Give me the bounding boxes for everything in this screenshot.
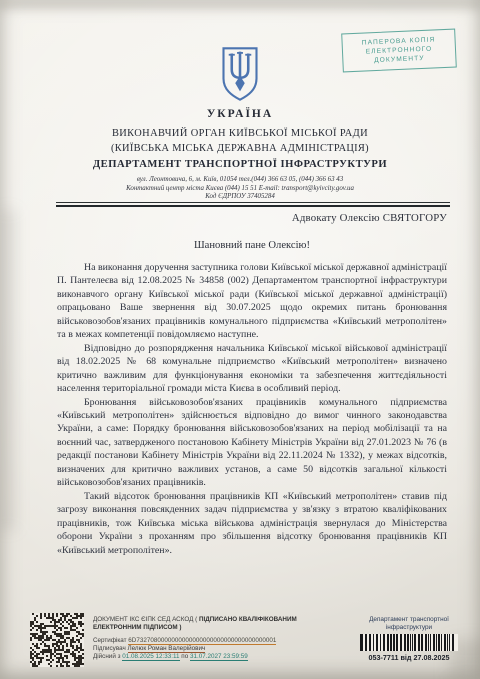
barcode-bar bbox=[447, 634, 448, 651]
validity-mid-label: по bbox=[180, 653, 190, 660]
barcode-bar bbox=[383, 634, 385, 651]
barcode-bar bbox=[360, 634, 363, 651]
registration-department-line1: Департамент транспортної bbox=[356, 616, 462, 624]
barcode-bar bbox=[421, 634, 423, 651]
scan-artifact-left bbox=[0, 210, 16, 530]
barcode-bar bbox=[428, 634, 429, 651]
barcode bbox=[360, 634, 458, 651]
signature-system-line: ДОКУМЕНТ ІКС ЄІПК СЕД АСКОД ( ПІДПИСАНО … bbox=[93, 616, 333, 632]
registration-number: 053-7711 від 27.08.2025 bbox=[356, 653, 462, 662]
barcode-bar bbox=[430, 634, 431, 651]
barcode-bar bbox=[425, 634, 427, 651]
doc-system-suffix: ) bbox=[178, 624, 182, 631]
department-name: ДЕПАРТАМЕНТ ТРАНСПОРТНОЇ ІНФРАСТРУКТУРИ bbox=[0, 159, 480, 170]
letter-paragraph: Відповідно до розпорядження начальника К… bbox=[57, 342, 447, 396]
validity-label: Дійсний з bbox=[93, 653, 122, 660]
valid-from-date: 01.08.2025 12:33:11 bbox=[122, 653, 179, 661]
barcode-bar bbox=[452, 634, 454, 651]
barcode-bar bbox=[393, 634, 395, 651]
org-name-line1: ВИКОНАВЧИЙ ОРГАН КИЇВСЬКОЇ МІСЬКОЇ РАДИ bbox=[0, 128, 480, 139]
org-name-line2: (КИЇВСЬКА МІСЬКА ДЕРЖАВНА АДМІНІСТРАЦІЯ) bbox=[0, 143, 480, 154]
barcode-bar bbox=[396, 634, 398, 651]
barcode-bar bbox=[410, 634, 411, 651]
registration-block: Департамент транспортної інфраструктури … bbox=[356, 616, 462, 662]
scan-artifact-top bbox=[0, 0, 480, 10]
header-divider bbox=[56, 202, 450, 207]
barcode-bar bbox=[407, 634, 409, 651]
barcode-bar bbox=[414, 634, 416, 651]
edrpou-line: Код ЄДРПОУ 37405284 bbox=[0, 193, 480, 200]
barcode-bar bbox=[433, 634, 435, 651]
address-line: вул. Леонтовича, 6, м. Київ, 01054 тел.(… bbox=[0, 176, 480, 183]
signer-label: Підписувач bbox=[93, 645, 128, 652]
qr-cell bbox=[82, 665, 84, 667]
qr-code bbox=[30, 613, 84, 667]
barcode-bar bbox=[412, 634, 413, 651]
barcode-bar bbox=[380, 634, 381, 651]
doc-system-label: ДОКУМЕНТ ІКС ЄІПК СЕД АСКОД ( bbox=[93, 616, 199, 623]
certificate-label: Сертифікат bbox=[93, 637, 128, 644]
barcode-bar bbox=[441, 634, 442, 651]
barcode-bar bbox=[438, 634, 440, 651]
country-title: УКРАЇНА bbox=[0, 108, 480, 120]
barcode-bar bbox=[376, 634, 378, 651]
certificate-number: 6D73270800000000000000000000000000000000… bbox=[128, 637, 276, 645]
barcode-bar bbox=[390, 634, 392, 651]
barcode-bar bbox=[444, 634, 446, 651]
registration-department: Департамент транспортної інфраструктури bbox=[356, 616, 462, 631]
barcode-bar bbox=[400, 634, 402, 651]
trident-shield-icon bbox=[218, 44, 262, 104]
scanned-letter-page: ПАПЕРОВА КОПІЯ ЕЛЕКТРОННОГО ДОКУМЕНТУ УК… bbox=[0, 0, 480, 679]
signature-block: ДОКУМЕНТ ІКС ЄІПК СЕД АСКОД ( ПІДПИСАНО … bbox=[93, 616, 333, 661]
barcode-bar bbox=[449, 634, 450, 651]
barcode-bar bbox=[436, 634, 437, 651]
barcode-bar bbox=[369, 634, 371, 651]
barcode-bar bbox=[418, 634, 420, 651]
barcode-bar bbox=[365, 634, 367, 651]
letter-paragraph: Бронювання військовозобов'язаних працівн… bbox=[57, 396, 447, 490]
registration-department-line2: інфраструктури bbox=[356, 624, 462, 632]
validity-line: Дійсний з 01.08.2025 12:33:11 по 31.07.2… bbox=[93, 653, 333, 661]
recipient: Адвокату Олексію СВЯТОГОРУ bbox=[57, 212, 447, 224]
letter-body: На виконання доручення заступника голови… bbox=[57, 261, 447, 557]
barcode-bar bbox=[373, 634, 374, 651]
letter-paragraph: Такий відсоток бронювання працівників КП… bbox=[57, 490, 447, 557]
salutation: Шановний пане Олексію! bbox=[57, 240, 447, 251]
barcode-bar bbox=[404, 634, 406, 651]
letter-paragraph: На виконання доручення заступника голови… bbox=[57, 261, 447, 342]
contact-line: Контактний центр міста Києва (044) 15 51… bbox=[0, 185, 480, 192]
ukraine-trident-emblem bbox=[0, 44, 480, 104]
barcode-bar bbox=[387, 634, 389, 651]
valid-to-date: 31.07.2027 23:59:59 bbox=[190, 653, 248, 661]
